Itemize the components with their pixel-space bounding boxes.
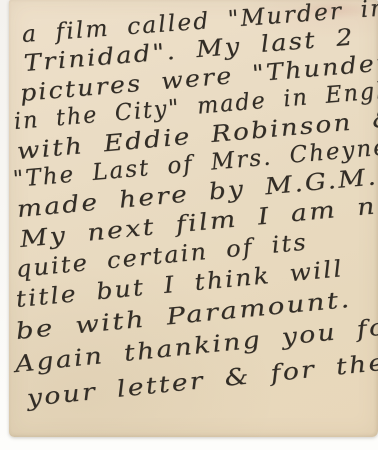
- letter-body: a film called "Murder in Trinidad". My l…: [0, 0, 378, 450]
